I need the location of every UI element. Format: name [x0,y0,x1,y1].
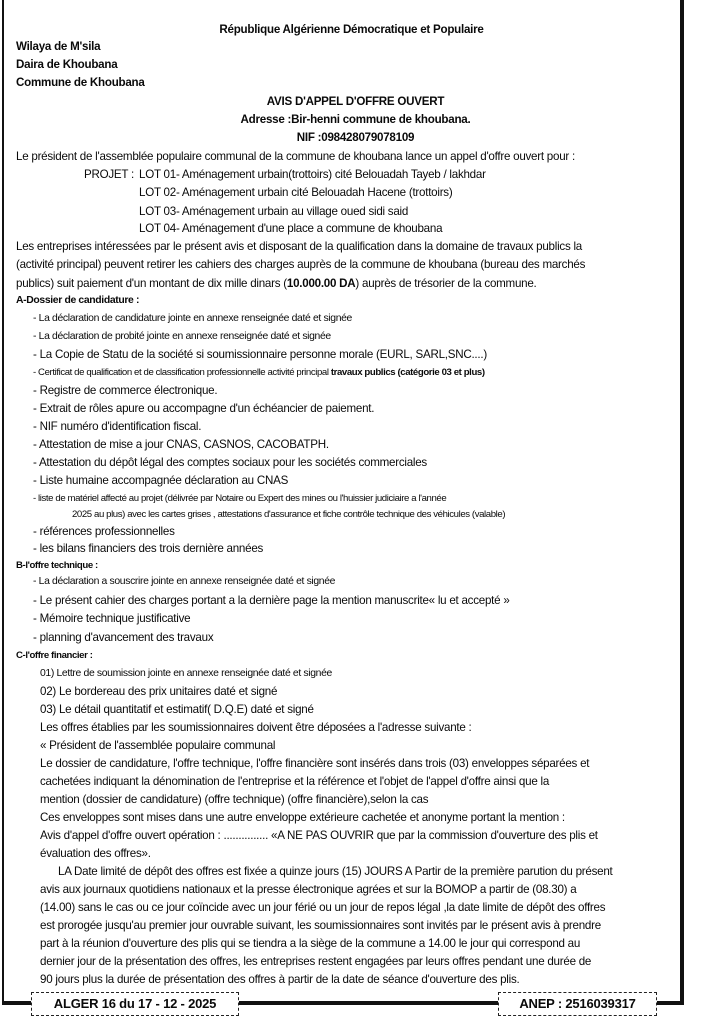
frame-bottom-border [656,1001,684,1005]
section-c-title: C-l'offre financier : [16,648,93,664]
frame-right-border [680,0,684,1003]
lot-item: LOT 04- Aménagement d'une place a commun… [139,221,442,237]
project-label: PROJET : [84,167,134,183]
requirement-item: - La déclaration de probité jointe en an… [33,329,331,345]
requirement-item: - Liste humaine accompagnée déclaration … [33,473,288,489]
lot-item: LOT 03- Aménagement urbain au village ou… [139,204,408,220]
deposit-line: cachetées indiquant la dénomination de l… [40,774,549,790]
deposit-line: Avis d'appel d'offre ouvert opération : … [40,828,598,844]
eligibility-line: (activité principal) peuvent retirer les… [16,257,585,273]
lot-item: LOT 02- Aménagement urbain cité Belouada… [139,185,452,201]
requirement-item: - La déclaration de candidature jointe e… [33,311,352,327]
commune-label: Commune de Khoubana [16,75,145,91]
intro-text: Le président de l'assemblée populaire co… [16,149,575,165]
deposit-line: mention (dossier de candidature) (offre … [40,792,428,808]
eligibility-line: Les entreprises intéressées par le prése… [16,239,582,255]
anep-reference-stamp: ANEP : 2516039317 [498,992,657,1016]
deadline-line: dernier jour de la présentation des offr… [40,954,591,970]
deadline-line: part à la réunion d'ouverture des plis q… [40,936,580,952]
requirement-item: - Registre de commerce électronique. [33,383,217,399]
requirement-item: - Attestation du dépôt légal des comptes… [33,455,427,471]
requirement-category: travaux publics (catégorie 03 et plus) [331,367,485,378]
requirement-item-continued: 2025 au plus) avec les cartes grises , a… [72,507,505,523]
requirement-item: - NIF numéro d'identification fiscal. [33,419,201,435]
deadline-line: 90 jours plus la durée de présentation d… [40,972,519,988]
eligibility-line: publics) suit paiement d'un montant de d… [16,276,537,292]
deadline-line: (14.00) sans le cas ou ce jour coïncide … [40,900,605,916]
frame-left-border [2,0,4,1003]
technical-item: - Mémoire technique justificative [33,611,190,627]
eligibility-text: ) auprès de trésorier de la commune. [355,277,536,290]
deadline-line: LA Date limité de dépôt des offres est f… [58,864,613,880]
financial-item: 01) Lettre de soumission jointe en annex… [40,666,332,682]
requirement-item: - références professionnelles [33,524,175,540]
deposit-line: Le dossier de candidature, l'offre techn… [40,756,589,772]
daira-label: Daira de Khoubana [16,57,117,73]
eligibility-text: publics) suit paiement d'un montant de d… [16,277,287,290]
financial-item: 03) Le détail quantitatif et estimatif( … [40,702,314,718]
requirement-item: - Certificat de qualification et de clas… [33,365,485,381]
frame-bottom-border [238,1001,500,1005]
requirement-item: - liste de matériel affecté au projet (d… [33,491,446,507]
section-b-title: B-l'offre technique : [16,558,98,574]
deadline-line: avis aux journaux quotidiens nationaux e… [40,882,576,898]
deposit-line: évaluation des offres». [40,846,151,862]
notice-address: Adresse :Bir-henni commune de khoubana. [4,112,703,128]
technical-item: - Le présent cahier des charges portant … [33,593,510,609]
deposit-line: Ces enveloppes sont mises dans une autre… [40,810,565,826]
deadline-line: est prorogée jusqu'au premier jour ouvra… [40,918,601,934]
lot-item: LOT 01- Aménagement urbain(trottoirs) ci… [139,167,486,183]
fee-amount: 10.000.00 DA [287,277,356,290]
publication-stamp: ALGER 16 du 17 - 12 - 2025 [31,992,239,1016]
technical-item: - La déclaration a souscrire jointe en a… [33,574,335,590]
requirement-item: - les bilans financiers des trois derniè… [33,541,263,557]
frame-bottom-border [2,1001,32,1005]
deposit-line: « Président de l'assemblée populaire com… [40,738,275,754]
notice-nif: NIF :098428079078109 [4,130,703,146]
technical-item: - planning d'avancement des travaux [33,630,213,646]
notice-title: AVIS D'APPEL D'OFFRE OUVERT [4,94,703,110]
deposit-line: Les offres établies par les soumissionna… [40,720,472,736]
requirement-item: - Attestation de mise a jour CNAS, CASNO… [33,437,329,453]
requirement-item: - Extrait de rôles apure ou accompagne d… [33,401,374,417]
wilaya-label: Wilaya de M'sila [16,39,100,55]
country-title: République Algérienne Démocratique et Po… [0,22,703,38]
requirement-text: - Certificat de qualification et de clas… [33,367,331,378]
financial-item: 02) Le bordereau des prix unitaires daté… [40,684,277,700]
section-a-title: A-Dossier de candidature : [16,293,139,309]
requirement-item: - La Copie de Statu de la société si sou… [33,347,487,363]
